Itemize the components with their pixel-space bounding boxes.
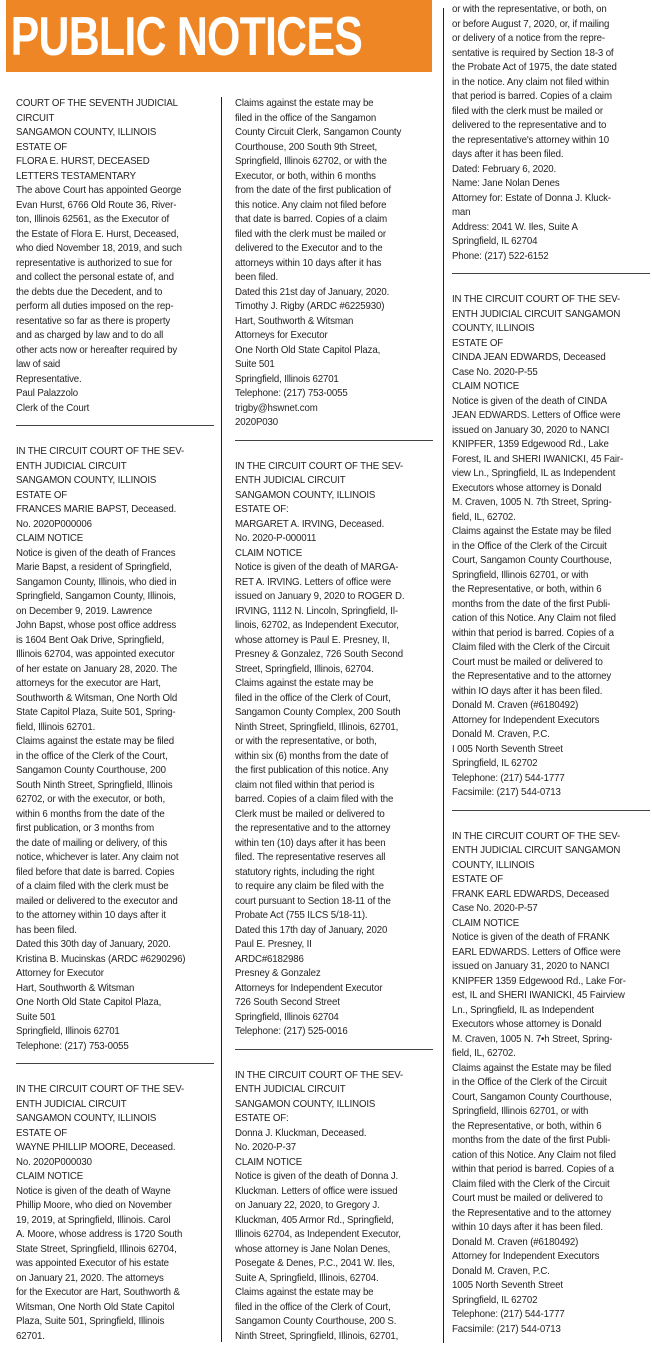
notice-line: this notice. Any claim not filed before (235, 199, 421, 214)
notice-line: Kluckman, 405 Armor Rd., Springfield, (235, 1214, 421, 1229)
notice-line: Attorney for: Estate of Donna J. Kluck- (452, 192, 636, 207)
notice-line: CIRCUIT (16, 112, 200, 127)
notice-line: WAYNE PHILLIP MOORE, Deceased. (16, 1141, 200, 1156)
notice-line: in the Office of the Clerk of the Circui… (452, 540, 636, 555)
notice-line: South Ninth Street, Springfield, Illinoi… (16, 779, 200, 794)
notice-line: Springfield, IL 62702 (452, 1294, 636, 1309)
notice-line: of a claim filed with the clerk must be (16, 880, 200, 895)
notice-line: mailed or delivered to the executor and (16, 895, 200, 910)
notice-line: the representative and to the attorney (235, 822, 421, 837)
notice-line: Claims against the estate may be (235, 677, 421, 692)
notice-line: other acts now or hereafter required by (16, 344, 200, 359)
notice-line: 19, 2019, at Springfield, Illinois. Caro… (16, 1214, 200, 1229)
notice-line: CINDA JEAN EDWARDS, Deceased (452, 351, 636, 366)
notice-line: within ten (10) days after it has been (235, 837, 421, 852)
notice-line: Presney & Gonzalez, 726 South Second (235, 648, 421, 663)
notice-separator (452, 273, 650, 274)
notice-line: 1005 North Seventh Street (452, 1279, 636, 1294)
notice-line: Donna J. Kluckman, Deceased. (235, 1127, 421, 1142)
notice-line: Kristina B. Mucinskas (ARDC #6290296) (16, 953, 200, 968)
notice-line: Name: Jane Nolan Denes (452, 177, 636, 192)
notice-line: claim not filed within that period is (235, 779, 421, 794)
notice-line: Posegate & Denes, P.C., 2041 W. Iles, (235, 1257, 421, 1272)
notice-line: Telephone: (217) 753-0055 (16, 1040, 200, 1055)
notice-line: CLAIM NOTICE (16, 1170, 200, 1185)
notice-line: Springfield, IL 62702 (452, 757, 636, 772)
notice-line: the date of mailing or delivery, of this (16, 837, 200, 852)
notice-line: Court, Sangamon County Courthouse, (452, 1091, 636, 1106)
notice-line: first publication, or 3 months from (16, 822, 200, 837)
notice-line: to the attorney within 10 days after it (16, 909, 200, 924)
notice-line: Attorney for Independent Executors (452, 714, 636, 729)
notice-line: linois, 62702, as Independent Executor, (235, 619, 421, 634)
notice-line: within that period is barred. Copies of … (452, 627, 636, 642)
notice-line: or delivery of a notice from the repre- (452, 32, 636, 47)
notice-line: KNIPFER, 1359 Edgewood Rd., Lake (452, 438, 636, 453)
notice-line: statutory rights, including the right (235, 866, 421, 881)
notice-line: Southworth & Witsman, One North Old (16, 692, 200, 707)
notice-line: the Representative and to the attorney (452, 1207, 636, 1222)
notice-line: Clerk of the Court (16, 402, 200, 417)
notice-line: Notice is given of the death of FRANK (452, 931, 636, 946)
notice-line: ENTH JUDICIAL CIRCUIT (16, 460, 200, 475)
notice-line: or with the representative, or both, on (452, 3, 636, 18)
notice-line: cation of this Notice. Any Claim not fil… (452, 1149, 636, 1164)
notice-line: Notice is given of the death of Wayne (16, 1185, 200, 1200)
notice-line: Sangamon County, Illinois, who died in (16, 576, 200, 591)
notice-line: law of said (16, 358, 200, 373)
notice-line: 62702, or with the executor, or both, (16, 793, 200, 808)
notice-line: Timothy J. Rigby (ARDC #6225930) (235, 300, 421, 315)
notice-line: that date is barred. Copies of a claim (235, 213, 421, 228)
notice-line: IN THE CIRCUIT COURT OF THE SEV- (452, 293, 636, 308)
notice-line: filed in the office of the Clerk of Cour… (235, 692, 421, 707)
notice-line: Dated this 30th day of January, 2020. (16, 938, 200, 953)
page-title: PUBLIC NOTICES (6, 0, 362, 72)
notice-line: filed with the clerk must be mailed or (452, 105, 636, 120)
notice-line: Springfield, Sangamon County, Illinois, (16, 590, 200, 605)
notice-line: delivered to the Executor and to the (235, 242, 421, 257)
notice-line: 726 South Second Street (235, 996, 421, 1011)
notice-line: the representative's attorney within 10 (452, 134, 636, 149)
notice-line: to require any claim be filed with the (235, 880, 421, 895)
notice-line: view Ln., Springfield, IL as Independent (452, 467, 636, 482)
notice-line: Springfield, Illinois 62701 (16, 1025, 200, 1040)
notice-line: John Bapst, whose post office address (16, 619, 200, 634)
notice-line: whose attorney is Jane Nolan Denes, (235, 1243, 421, 1258)
notice-line: ton, Illinois 62561, as the Executor of (16, 213, 200, 228)
notice-line: Ninth Street, Springfield, Illinois, 627… (235, 1330, 421, 1345)
notice-line: field, IL, 62702. (452, 1047, 636, 1062)
notice-line: No. 2020-P-000011 (235, 532, 421, 547)
notice-separator (16, 1063, 214, 1064)
notice-line: on January 21, 2020. The attorneys (16, 1272, 200, 1287)
notice-line: Dated this 17th day of January, 2020 (235, 924, 421, 939)
notice-line: ESTATE OF (16, 1127, 200, 1142)
notice-line: KNIPFER 1359 Edgewood Rd., Lake For- (452, 975, 636, 990)
notice-line: of her estate on January 28, 2020. The (16, 663, 200, 678)
notice-line: Telephone: (217) 753-0055 (235, 387, 421, 402)
notice-line: barred. Copies of a claim filed with the (235, 793, 421, 808)
notice-line: Ln., Springfield, IL as Independent (452, 1004, 636, 1019)
notice-line: ARDC#6182986 (235, 953, 421, 968)
notice-line: CLAIM NOTICE (452, 917, 636, 932)
notice-column-3: or with the representative, or both, ono… (452, 3, 650, 1337)
notice-line: Executors whose attorney is Donald (452, 482, 636, 497)
notice-line: Claim filed with the Clerk of the Circui… (452, 1178, 636, 1193)
notice-line: No. 2020-P-37 (235, 1141, 421, 1156)
notice-line: ESTATE OF: (235, 503, 421, 518)
notice-line: One North Old State Capitol Plaza, (235, 344, 421, 359)
notice-line: within that period is barred. Copies of … (452, 1163, 636, 1178)
notice-line: Executor, or both, within 6 months (235, 170, 421, 185)
notice-line: months from the date of the first Publi- (452, 1134, 636, 1149)
notice-line: RET A. IRVING. Letters of office were (235, 576, 421, 591)
notice-line: months from the date of the first Publi- (452, 598, 636, 613)
notice-line: been filed. (235, 271, 421, 286)
notice-line: No. 2020P000030 (16, 1156, 200, 1171)
notice-line: ESTATE OF: (235, 1112, 421, 1127)
notice-line: Suite 501 (16, 1011, 200, 1026)
notice-line: is 1604 Bent Oak Drive, Springfield, (16, 634, 200, 649)
notice-line: IRVING, 1112 N. Lincoln, Springfield, Il… (235, 605, 421, 620)
notice-line: LETTERS TESTAMENTARY (16, 170, 200, 185)
notice-line: Dated: February 6, 2020. (452, 163, 636, 178)
notice-line: has been filed. (16, 924, 200, 939)
notice-line: Suite A, Springfield, Illinois, 62704. (235, 1272, 421, 1287)
notice-line: cation of this Notice. Any Claim not fil… (452, 612, 636, 627)
notice-line: days after it has been filed. (452, 148, 636, 163)
notice-line: Illinois 62704, as Independent Executor, (235, 1228, 421, 1243)
notice-line: COUNTY, ILLINOIS (452, 322, 636, 337)
notice-line: Phillip Moore, who died on November (16, 1199, 200, 1214)
notice-line: ESTATE OF (16, 489, 200, 504)
notice-line: SANGAMON COUNTY, ILLINOIS (16, 474, 200, 489)
notice-line: field, Illinois 62701. (16, 721, 200, 736)
notice-separator (235, 440, 433, 441)
notice-line: the Representative, or both, within 6 (452, 1120, 636, 1135)
legal-notice: or with the representative, or both, ono… (452, 3, 650, 264)
notice-line: Springfield, Illinois 62701, or with (452, 569, 636, 584)
notice-line: Probate Act (755 ILCS 5/18-11). (235, 909, 421, 924)
notice-line: Springfield, Illinois 62702, or with the (235, 155, 421, 170)
legal-notice: IN THE CIRCUIT COURT OF THE SEV-ENTH JUD… (235, 1069, 435, 1345)
notice-line: Executors whose attorney is Donald (452, 1018, 636, 1033)
notice-line: filed in the office of the Clerk of Cour… (235, 1301, 421, 1316)
legal-notice: IN THE CIRCUIT COURT OF THE SEV-ENTH JUD… (16, 1083, 214, 1344)
notice-line: Claims against the estate may be (235, 1286, 421, 1301)
notice-line: Court, Sangamon County Courthouse, (452, 554, 636, 569)
notice-line: ESTATE OF (452, 337, 636, 352)
notice-line: Claims against the Estate may be filed (452, 525, 636, 540)
notice-line: IN THE CIRCUIT COURT OF THE SEV- (452, 830, 636, 845)
notice-line: Clerk must be mailed or delivered to (235, 808, 421, 823)
notice-line: representative is authorized to sue for (16, 257, 200, 272)
notice-line: SANGAMON COUNTY, ILLINOIS (16, 1112, 200, 1127)
notice-line: State Street, Springfield, Illinois 6270… (16, 1243, 200, 1258)
notice-line: Case No. 2020-P-55 (452, 366, 636, 381)
column-divider (443, 8, 444, 1343)
notice-line: Telephone: (217) 525-0016 (235, 1025, 421, 1040)
notice-line: Phone: (217) 522-6152 (452, 250, 636, 265)
notice-line: FRANK EARL EDWARDS, Deceased (452, 888, 636, 903)
notice-line: Case No. 2020-P-57 (452, 902, 636, 917)
notice-separator (16, 425, 214, 426)
notice-line: on January 22, 2020, to Gregory J. (235, 1199, 421, 1214)
notice-line: ENTH JUDICIAL CIRCUIT (16, 1098, 200, 1113)
notice-line: IN THE CIRCUIT COURT OF THE SEV- (16, 445, 200, 460)
notice-line: ENTH JUDICIAL CIRCUIT SANGAMON (452, 844, 636, 859)
notice-line: the Representative and to the attorney (452, 670, 636, 685)
notice-line: Plaza, Suite 501, Springfield, Illinois (16, 1315, 200, 1330)
notice-line: filed. The representative reserves all (235, 851, 421, 866)
notice-line: Sangamon County Complex, 200 South (235, 706, 421, 721)
notice-line: Attorneys for Independent Executor (235, 982, 421, 997)
notice-line: was appointed Executor of his estate (16, 1257, 200, 1272)
notice-line: the Representative, or both, within 6 (452, 583, 636, 598)
notice-line: CLAIM NOTICE (235, 1156, 421, 1171)
notice-line: Notice is given of the death of CINDA (452, 395, 636, 410)
notice-line: sentative is required by Section 18-3 of (452, 47, 636, 62)
notice-line: Claims against the Estate may be filed (452, 1062, 636, 1077)
notice-line: COUNTY, ILLINOIS (452, 859, 636, 874)
legal-notice: IN THE CIRCUIT COURT OF THE SEV-ENTH JUD… (16, 445, 214, 1054)
notice-line: within IO days after it has been filed. (452, 685, 636, 700)
notice-line: delivered to the representative and to (452, 119, 636, 134)
notice-line: filed with the clerk must be mailed or (235, 228, 421, 243)
notice-line: CLAIM NOTICE (16, 532, 200, 547)
notice-line: FRANCES MARIE BAPST, Deceased. (16, 503, 200, 518)
notice-line: ESTATE OF (16, 141, 200, 156)
notice-line: ESTATE OF (452, 873, 636, 888)
notice-line: issued on January 31, 2020 to NANCI (452, 960, 636, 975)
notice-line: Attorneys for Executor (235, 329, 421, 344)
notice-line: Marie Bapst, a resident of Springfield, (16, 561, 200, 576)
notice-line: est, IL and SHERI IWANICKI, 45 Fairview (452, 989, 636, 1004)
notice-line: court pursuant to Section 18-11 of the (235, 895, 421, 910)
notice-line: Donald M. Craven, P.C. (452, 1265, 636, 1280)
notice-line: Dated this 21st day of January, 2020. (235, 286, 421, 301)
notice-line: IN THE CIRCUIT COURT OF THE SEV- (235, 1069, 421, 1084)
notice-line: Court must be mailed or delivered to (452, 1192, 636, 1207)
notice-line: within 6 months from the date of the (16, 808, 200, 823)
notice-line: Address: 2041 W. Iles, Suite A (452, 221, 636, 236)
notice-line: Forest, IL and SHERI IWANICKI, 45 Fair- (452, 453, 636, 468)
notice-line: No. 2020P000006 (16, 518, 200, 533)
notice-line: 62701. (16, 1330, 200, 1345)
notice-line: Donald M. Craven, P.C. (452, 728, 636, 743)
legal-notice: IN THE CIRCUIT COURT OF THE SEV-ENTH JUD… (452, 830, 650, 1338)
notice-line: Courthouse, 200 South 9th Street, (235, 141, 421, 156)
notice-line: A. Moore, whose address is 1720 South (16, 1228, 200, 1243)
notice-line: JEAN EDWARDS. Letters of Office were (452, 409, 636, 424)
notice-column-1: COURT OF THE SEVENTH JUDICIALCIRCUITSANG… (16, 97, 214, 1344)
notice-line: Paul Palazzolo (16, 387, 200, 402)
notice-line: Claims against the estate may be filed (16, 735, 200, 750)
notice-line: IN THE CIRCUIT COURT OF THE SEV- (16, 1083, 200, 1098)
notice-line: CLAIM NOTICE (452, 380, 636, 395)
notice-line: MARGARET A. IRVING, Deceased. (235, 518, 421, 533)
notice-line: Suite 501 (235, 358, 421, 373)
notice-line: Sangamon County Courthouse, 200 (16, 764, 200, 779)
notice-line: ENTH JUDICIAL CIRCUIT (235, 474, 421, 489)
notice-line: within 10 days after it has been filed. (452, 1221, 636, 1236)
notice-column-2: Claims against the estate may befiled in… (235, 97, 435, 1344)
notice-line: field, IL, 62702. (452, 511, 636, 526)
notice-line: M. Craven, 1005 N. 7th Street, Spring- (452, 496, 636, 511)
notice-separator (235, 1049, 433, 1050)
notice-line: filed in the office of the Sangamon (235, 112, 421, 127)
notice-line: FLORA E. HURST, DECEASED (16, 155, 200, 170)
notice-line: State Capitol Plaza, Suite 501, Spring- (16, 706, 200, 721)
notice-line: for the Executor are Hart, Southworth & (16, 1286, 200, 1301)
notice-line: trigby@hswnet.com (235, 402, 421, 417)
column-divider (221, 97, 222, 1342)
notice-line: Donald M. Craven (#6180492) (452, 699, 636, 714)
notice-separator (452, 810, 650, 811)
notice-line: Facsimile: (217) 544-0713 (452, 1323, 636, 1338)
notice-line: ENTH JUDICIAL CIRCUIT SANGAMON (452, 308, 636, 323)
notice-line: in the notice. Any claim not filed withi… (452, 76, 636, 91)
notice-line: or with the representative, or both, (235, 735, 421, 750)
notice-line: issued on January 9, 2020 to ROGER D. (235, 590, 421, 605)
notice-line: Notice is given of the death of Frances (16, 547, 200, 562)
notice-line: in the Office of the Clerk of the Circui… (452, 1076, 636, 1091)
notice-line: COURT OF THE SEVENTH JUDICIAL (16, 97, 200, 112)
notice-line: Illinois 62704, was appointed executor (16, 648, 200, 663)
notice-line: and as charged by law and to do all (16, 329, 200, 344)
notice-line: that period is barred. Copies of a claim (452, 90, 636, 105)
notice-line: notice, whichever is later. Any claim no… (16, 851, 200, 866)
notice-line: Springfield, Illinois 62704 (235, 1011, 421, 1026)
notice-line: Presney & Gonzalez (235, 967, 421, 982)
legal-notice: Claims against the estate may befiled in… (235, 97, 435, 431)
notice-line: CLAIM NOTICE (235, 547, 421, 562)
notice-line: County Circuit Clerk, Sangamon County (235, 126, 421, 141)
notice-line: Hart, Southworth & Witsman (235, 315, 421, 330)
notice-line: Springfield, Illinois 62701 (235, 373, 421, 388)
notice-line: Telephone: (217) 544-1777 (452, 1308, 636, 1323)
notice-line: on December 9, 2019. Lawrence (16, 605, 200, 620)
notice-line: Springfield, Illinois 62701, or with (452, 1105, 636, 1120)
notice-line: Springfield, IL 62704 (452, 235, 636, 250)
public-notices-banner: PUBLIC NOTICES (6, 0, 432, 72)
notice-line: the Probate Act of 1975, the date stated (452, 61, 636, 76)
notice-line: Hart, Southworth & Witsman (16, 982, 200, 997)
notice-line: the first publication of this notice. An… (235, 764, 421, 779)
notice-line: Attorney for Independent Executors (452, 1250, 636, 1265)
legal-notice: IN THE CIRCUIT COURT OF THE SEV-ENTH JUD… (235, 460, 435, 1040)
notice-line: whose attorney is Paul E. Presney, II, (235, 634, 421, 649)
notice-line: SANGAMON COUNTY, ILLINOIS (235, 489, 421, 504)
notice-line: IN THE CIRCUIT COURT OF THE SEV- (235, 460, 421, 475)
notice-line: Notice is given of the death of Donna J. (235, 1170, 421, 1185)
notice-line: attorneys for the executor are Hart, (16, 677, 200, 692)
notice-line: or before August 7, 2020, or, if mailing (452, 18, 636, 33)
notice-line: Witsman, One North Old State Capitol (16, 1301, 200, 1316)
notice-line: Attorney for Executor (16, 967, 200, 982)
notice-line: Ninth Street, Springfield, Illinois, 627… (235, 721, 421, 736)
notice-line: from the date of the first publication o… (235, 184, 421, 199)
notice-line: Representative. (16, 373, 200, 388)
notice-line: ENTH JUDICIAL CIRCUIT (235, 1083, 421, 1098)
notice-line: Facsimile: (217) 544-0713 (452, 786, 636, 801)
notice-line: Court must be mailed or delivered to (452, 656, 636, 671)
legal-notice: IN THE CIRCUIT COURT OF THE SEV-ENTH JUD… (452, 293, 650, 801)
notice-line: issued on January 30, 2020 to NANCI (452, 424, 636, 439)
notice-line: attorneys within 10 days after it has (235, 257, 421, 272)
notice-line: Paul E. Presney, II (235, 938, 421, 953)
notice-line: SANGAMON COUNTY, ILLINOIS (16, 126, 200, 141)
notice-line: Telephone: (217) 544-1777 (452, 772, 636, 787)
notice-line: who died November 18, 2019, and such (16, 242, 200, 257)
notice-line: man (452, 206, 636, 221)
notice-line: within six (6) months from the date of (235, 750, 421, 765)
notice-line: Sangamon County Courthouse, 200 S. (235, 1315, 421, 1330)
legal-notice: COURT OF THE SEVENTH JUDICIALCIRCUITSANG… (16, 97, 214, 416)
notice-line: the debts due the Decedent, and to (16, 286, 200, 301)
notice-line: perform all duties imposed on the rep- (16, 300, 200, 315)
notice-line: resentative so far as there is property (16, 315, 200, 330)
notice-line: and collect the personal estate of, and (16, 271, 200, 286)
notice-line: I 005 North Seventh Street (452, 743, 636, 758)
notice-line: SANGAMON COUNTY, ILLINOIS (235, 1098, 421, 1113)
notice-line: Notice is given of the death of MARGA- (235, 561, 421, 576)
notice-line: One North Old State Capitol Plaza, (16, 996, 200, 1011)
notice-line: filed before that date is barred. Copies (16, 866, 200, 881)
notice-line: Street, Springfield, Illinois, 62704. (235, 663, 421, 678)
notice-line: Claim filed with the Clerk of the Circui… (452, 641, 636, 656)
notice-line: in the office of the Clerk of the Court, (16, 750, 200, 765)
notice-line: Claims against the estate may be (235, 97, 421, 112)
notice-line: The above Court has appointed George (16, 184, 200, 199)
notice-line: Donald M. Craven (#6180492) (452, 1236, 636, 1251)
notice-line: Evan Hurst, 6766 Old Route 36, River- (16, 199, 200, 214)
notice-line: 2020P030 (235, 416, 421, 431)
notice-line: M. Craven, 1005 N. 7•h Street, Spring- (452, 1033, 636, 1048)
notice-line: Kluckman. Letters of office were issued (235, 1185, 421, 1200)
notice-line: EARL EDWARDS. Letters of Office were (452, 946, 636, 961)
notice-line: the Estate of Flora E. Hurst, Deceased, (16, 228, 200, 243)
